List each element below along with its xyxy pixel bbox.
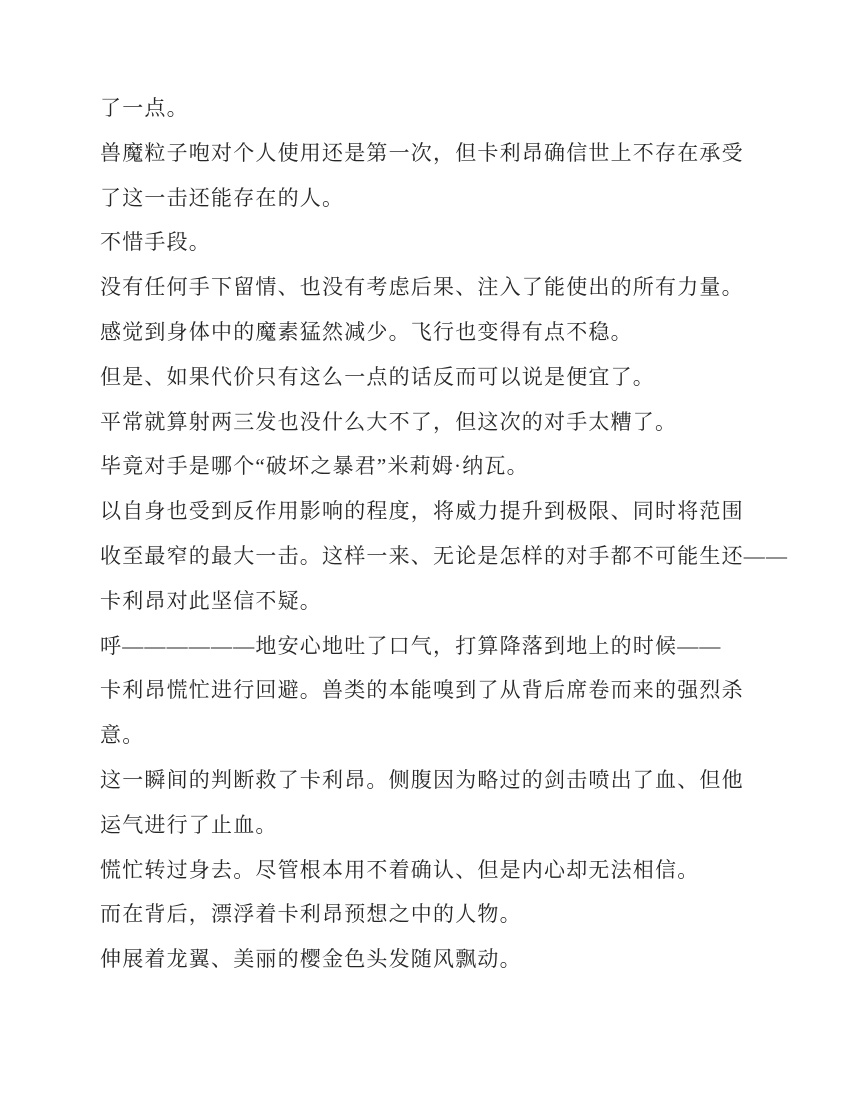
- novel-text-block: 了一点。 兽魔粒子咆对个人使用还是第一次，但卡利昂确信世上不存在承受 了这一击还…: [100, 86, 780, 982]
- text-line: 这一瞬间的判断救了卡利昂。侧腹因为略过的剑击喷出了血、但他: [100, 758, 780, 803]
- text-line: 毕竟对手是哪个“破坏之暴君”米莉姆·纳瓦。: [100, 444, 780, 489]
- text-line: 卡利昂慌忙进行回避。兽类的本能嗅到了从背后席卷而来的强烈杀: [100, 668, 780, 713]
- text-line: 没有任何手下留情、也没有考虑后果、注入了能使出的所有力量。: [100, 265, 780, 310]
- text-line: 慌忙转过身去。尽管根本用不着确认、但是内心却无法相信。: [100, 848, 780, 893]
- text-line: 不惜手段。: [100, 220, 780, 265]
- text-line: 呼——————地安心地吐了口气，打算降落到地上的时候——: [100, 624, 780, 669]
- text-line: 了一点。: [100, 86, 780, 131]
- text-line: 收至最窄的最大一击。这样一来、无论是怎样的对手都不可能生还——: [100, 534, 780, 579]
- text-line: 运气进行了止血。: [100, 803, 780, 848]
- text-line: 了这一击还能存在的人。: [100, 176, 780, 221]
- text-line: 兽魔粒子咆对个人使用还是第一次，但卡利昂确信世上不存在承受: [100, 131, 780, 176]
- text-line: 但是、如果代价只有这么一点的话反而可以说是便宜了。: [100, 355, 780, 400]
- novel-page: 了一点。 兽魔粒子咆对个人使用还是第一次，但卡利昂确信世上不存在承受 了这一击还…: [0, 0, 850, 1100]
- text-line: 意。: [100, 713, 780, 758]
- text-line: 伸展着龙翼、美丽的樱金色头发随风飘动。: [100, 937, 780, 982]
- text-line: 卡利昂对此坚信不疑。: [100, 579, 780, 624]
- text-line: 平常就算射两三发也没什么大不了，但这次的对手太糟了。: [100, 400, 780, 445]
- text-line: 以自身也受到反作用影响的程度，将威力提升到极限、同时将范围: [100, 489, 780, 534]
- text-line: 感觉到身体中的魔素猛然减少。飞行也变得有点不稳。: [100, 310, 780, 355]
- text-line: 而在背后，漂浮着卡利昂预想之中的人物。: [100, 892, 780, 937]
